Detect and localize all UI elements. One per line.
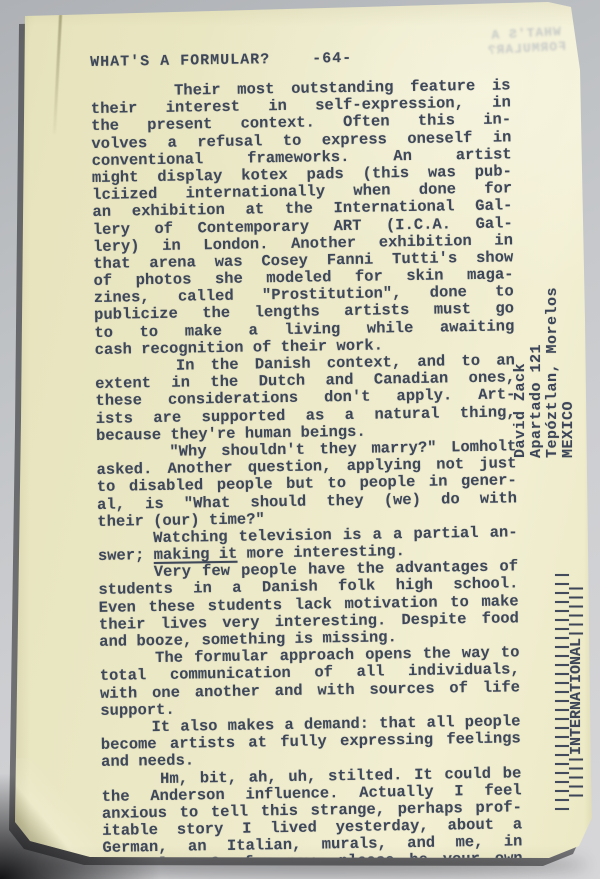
paper-crease (53, 14, 62, 134)
address-line-name: David Zack (513, 268, 529, 458)
address-line-country: MEXICO (561, 268, 577, 458)
page-title: WHAT'S A FORMULAR? (90, 51, 270, 71)
document-page: WHAT'S A FORMULAR? WHAT'S A FORMULAR?-64… (0, 0, 600, 879)
page-header: WHAT'S A FORMULAR?-64- (90, 47, 510, 71)
international-stamp: ||||||||||||||||||||||||||| |||||INTERNA… (556, 562, 586, 822)
typed-content: WHAT'S A FORMULAR?-64- Their most outsta… (90, 47, 523, 874)
address-line-city: Tepóztlan, Morelos (545, 268, 561, 458)
photo-background: WHAT'S A FORMULAR? WHAT'S A FORMULAR?-64… (0, 0, 600, 879)
sender-address: David Zack Apartado 121 Tepóztlan, Morel… (513, 268, 577, 458)
page-number: -64- (312, 50, 352, 68)
address-line-street: Apartado 121 (529, 268, 545, 458)
typed-text: Their most outstanding feature istheir i… (90, 77, 522, 874)
stamp-label-row: |||||INTERNATIONAL|||||| (570, 562, 584, 822)
